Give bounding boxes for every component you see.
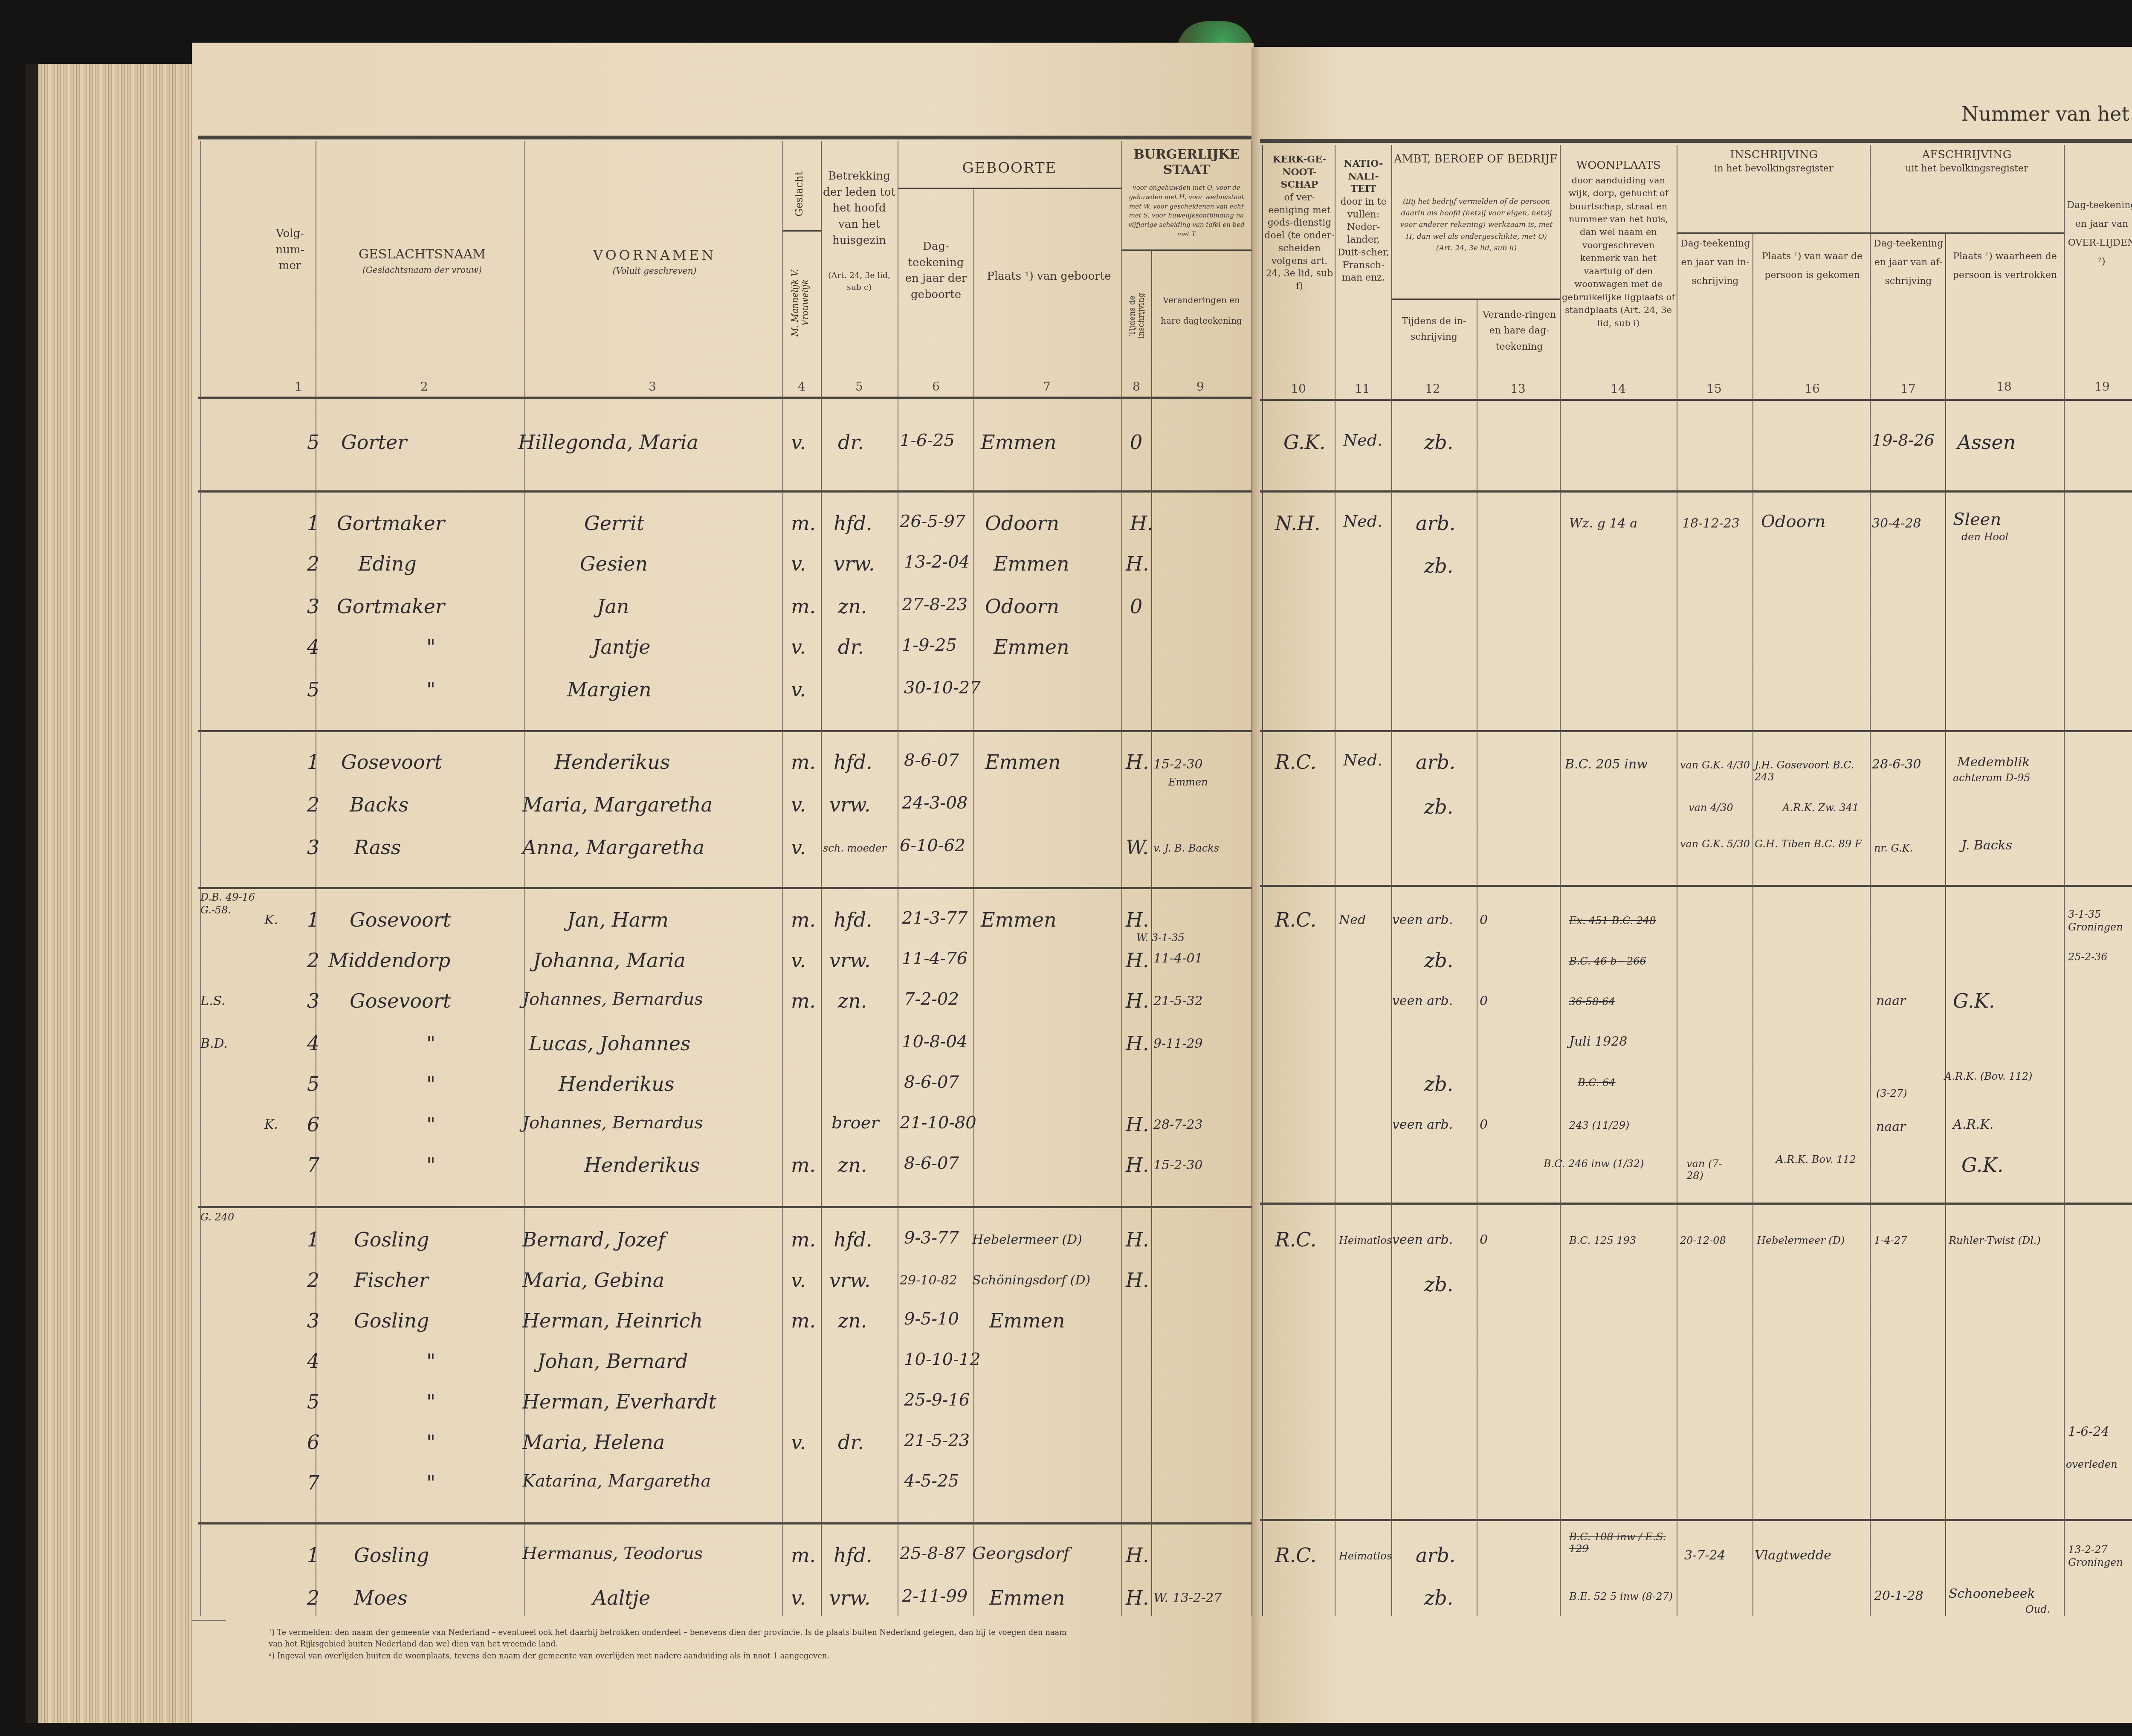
col-line (1251, 141, 1252, 1616)
entry-relation: broer (831, 1113, 879, 1133)
entry-deregistration-date: 20-1-28 (1874, 1588, 1923, 1603)
entry-birth-date: 7-2-02 (904, 989, 959, 1009)
entry-relation: hfd. (834, 751, 872, 774)
col2-title: GESLACHTSNAAM (320, 245, 524, 264)
col1-line3: mer (264, 258, 316, 274)
entry-occupation: arb. (1416, 751, 1455, 774)
entry-given-names: Anna, Margaretha (522, 836, 704, 859)
entry-sex: v. (791, 1431, 806, 1454)
entry-given-names: Maria, Gebina (522, 1269, 664, 1292)
entry-birth-date: 26-5-97 (900, 512, 965, 531)
col2-header: GESLACHTSNAAM (Geslachtsnaam der vrouw) (320, 245, 524, 276)
entry-address: B.C. 205 inw (1565, 757, 1648, 772)
header-bottom-rule-right (1260, 399, 2132, 401)
entry-given-names: Johanna, Maria (533, 949, 686, 972)
entry-surname: Gosling (354, 1309, 429, 1332)
entry-sex: m. (791, 1153, 816, 1177)
afschrijving-title-wrap: AFSCHRIJVING uit het bevolkingsregister (1870, 147, 2064, 176)
entry-number: 4 (307, 1350, 319, 1373)
colnum-14: 14 (1610, 382, 1627, 396)
entry-deregistration-date: 30-4-28 (1872, 516, 1921, 531)
entry-number: 3 (307, 1309, 319, 1332)
colnum-18: 18 (1996, 380, 2013, 394)
entry-margin-mark: L.S. (200, 994, 225, 1009)
entry-deregistration-place: Medemblik (1957, 755, 2030, 770)
entry-sex: v. (791, 431, 806, 454)
entry-given-names: Herman, Everhardt (522, 1390, 716, 1413)
colnum-3: 3 (644, 380, 661, 394)
entry-surname: " (426, 1032, 435, 1055)
col3-header: VOORNAMEN (Voluit geschreven) (529, 245, 780, 277)
col-line (200, 141, 201, 1616)
entry-given-names: Margien (567, 678, 652, 701)
entry-relation: zn. (838, 1153, 867, 1177)
entry-deregistration-place: J. Backs (1961, 838, 2012, 853)
entry-nationality: Heimatlos (1339, 1235, 1392, 1246)
entry-deregistration-place: A.R.K. (1953, 1117, 1993, 1132)
col11-title: NATIO-NALI-TEIT (1337, 158, 1390, 196)
entry-address: 36-58-64 (1569, 996, 1615, 1008)
ambt-instructions: (Bij het bedrijf vermelden of de persoon… (1396, 196, 1556, 254)
entry-birth-date: 1-6-25 (900, 431, 955, 450)
col5-title: Betrekking der leden tot het hoofd van h… (823, 168, 895, 249)
entry-deregistration-place: Schoonebeek (1949, 1586, 2035, 1601)
entry-birth-date: 8-6-07 (904, 1072, 959, 1092)
col12-title: Tijdens de in-schrijving (1393, 313, 1474, 345)
entry-occupation-change: 0 (1480, 994, 1488, 1009)
col1-line2: num- (264, 242, 316, 258)
col10-header: KERK-GE-NOOT-SCHAP of ver-eeniging met g… (1264, 154, 1335, 293)
colnum-9: 9 (1192, 380, 1209, 394)
entry-sex: m. (791, 1544, 816, 1567)
entry-relation: hfd. (834, 1544, 872, 1567)
footnote-1: ¹) Te vermelden: den naam der gemeente v… (269, 1627, 1079, 1650)
block-separator (198, 490, 1251, 493)
left-page (192, 43, 1254, 1723)
entry-address: Ex. 451 B.C. 248 (1569, 915, 1656, 927)
entry-death-date: 25-2-36 (2068, 951, 2108, 963)
entry-number: 1 (307, 751, 319, 774)
inschrijving-title: INSCHRIJVING (1678, 147, 1870, 162)
inschrijving-title-wrap: INSCHRIJVING in het bevolkingsregister (1678, 147, 1870, 176)
entry-surname: Gosevoort (341, 751, 442, 774)
col3-subtitle: (Voluit geschreven) (529, 265, 780, 277)
entry-birth-date: 25-8-87 (900, 1544, 965, 1563)
col-line (1870, 145, 1871, 1616)
entry-death-place: Groningen (2068, 1556, 2123, 1568)
entry-birth-date: 2-11-99 (902, 1586, 968, 1606)
entry-relation: hfd. (834, 1228, 872, 1251)
colnum-16: 16 (1804, 382, 1821, 396)
entry-occupation: veen arb. (1392, 1117, 1453, 1132)
entry-number: 2 (307, 552, 319, 575)
entry-number: 1 (307, 908, 319, 931)
col4-title: Geslacht (793, 162, 810, 226)
entry-deregistration-place: Ruhler-Twist (Dl.) (1949, 1235, 2041, 1246)
entry-deregistration-place: G.K. (1953, 989, 1995, 1012)
entry-birth-date: 8-6-07 (904, 751, 959, 770)
col15-title: Dag-teekening en jaar van in-schrijving (1678, 235, 1753, 291)
entry-number: 4 (307, 1032, 319, 1055)
entry-birth-date: 21-10-80 (900, 1113, 976, 1133)
entry-civil-status-change: 21-5-32 (1153, 994, 1203, 1009)
entry-relation: zn. (838, 989, 867, 1012)
entry-birth-place: Emmen (994, 635, 1069, 658)
entry-church: R.C. (1275, 1544, 1316, 1567)
entry-birth-date: 13-2-04 (904, 552, 970, 572)
entry-birth-date: 29-10-82 (900, 1273, 957, 1288)
entry-number: 2 (307, 1269, 319, 1292)
entry-surname: Gosling (354, 1544, 429, 1567)
entry-number: 5 (307, 431, 319, 454)
entry-deregistration-place-detail: Oud. (2025, 1603, 2050, 1615)
entry-address: B.C. 64 (1578, 1077, 1616, 1089)
col-line (1121, 141, 1122, 1616)
entry-number: 6 (307, 1431, 319, 1454)
inschrijving-group: INSCHRIJVING in het bevolkingsregister A… (1678, 147, 2064, 176)
entry-civil-status-change: W. 13-2-27 (1153, 1591, 1222, 1606)
entry-relation: vrw. (829, 1586, 871, 1609)
geboorte-group-title: GEBOORTE (898, 158, 1121, 179)
entry-given-names: Gerrit (584, 512, 644, 535)
entry-deregistration-date: (3-27) (1876, 1087, 1907, 1099)
entry-civil-status: H. (1126, 1269, 1149, 1292)
entry-birth-date: 24-3-08 (902, 793, 968, 813)
entry-address: B.C. 125 193 (1569, 1235, 1636, 1246)
entry-surname: Gosevoort (350, 989, 451, 1012)
entry-surname: " (426, 1390, 435, 1413)
col-line (1262, 145, 1263, 1616)
entry-occupation: arb. (1416, 512, 1455, 535)
col8-title: Tijdens de inschrijving (1128, 273, 1149, 358)
entry-civil-status-change: 15-2-30 (1153, 1158, 1203, 1173)
entry-civil-status: H. (1126, 1153, 1149, 1177)
colnum-6: 6 (927, 380, 944, 394)
col7-title: Plaats ¹) van geboorte (976, 269, 1121, 285)
entry-relation: dr. (838, 431, 864, 454)
entry-civil-status: H. (1126, 989, 1149, 1012)
entry-death-place: Groningen (2068, 921, 2123, 933)
entry-surname: Backs (350, 793, 408, 816)
entry-surname: " (426, 1072, 435, 1096)
entry-number: 3 (307, 989, 319, 1012)
entry-number: 7 (307, 1471, 319, 1494)
col17-title: Dag-teekening en jaar van af-schrijving (1871, 235, 1946, 291)
entry-number: 3 (307, 595, 319, 618)
entry-civil-status-change: 28-7-23 (1153, 1117, 1203, 1132)
entry-surname: Fischer (354, 1269, 429, 1292)
entry-birth-place: Emmen (989, 1309, 1065, 1332)
col1-header: Volg- num- mer (264, 226, 316, 274)
entry-sex: m. (791, 751, 816, 774)
header-bottom-rule (198, 397, 1251, 399)
entry-sex: m. (791, 512, 816, 535)
col-line (821, 141, 822, 1616)
entry-given-names: Henderikus (584, 1153, 700, 1177)
block-separator (198, 1206, 1251, 1208)
col14-title: WOONPLAATS (1562, 158, 1675, 174)
entry-surname: " (426, 678, 435, 701)
entry-birth-place: Emmen (985, 751, 1061, 774)
entry-surname: Gortmaker (337, 512, 445, 535)
entry-birth-place: Odoorn (985, 512, 1059, 535)
entry-death-date: 1-6-24 (2068, 1424, 2109, 1439)
entry-birth-place: Emmen (981, 431, 1057, 454)
entry-margin-mark: K. (264, 1117, 278, 1132)
entry-number: 2 (307, 949, 319, 972)
block-separator (198, 887, 1251, 889)
entry-sex: m. (791, 595, 816, 618)
entry-given-names: Katarina, Margaretha (522, 1471, 711, 1491)
entry-church: R.C. (1275, 1228, 1316, 1251)
entry-number: 1 (307, 1544, 319, 1567)
entry-given-names: Jantje (593, 635, 650, 658)
entry-deregistration-place: Assen (1957, 431, 2016, 454)
entry-relation: sch. moeder (823, 842, 886, 854)
entry-registration-place: Hebelermeer (D) (1757, 1235, 1845, 1246)
entry-occupation: zb. (1424, 1273, 1453, 1296)
entry-surname: Rass (354, 836, 401, 859)
entry-given-names: Bernard, Jozef (522, 1228, 665, 1251)
footnote-2: ²) Ingeval van overlijden buiten de woon… (269, 1650, 1079, 1662)
entry-margin-mark: B.D. (200, 1036, 228, 1051)
footnote-rule (192, 1620, 226, 1621)
entry-nationality: Ned. (1343, 431, 1382, 449)
entry-civil-status: H. (1126, 908, 1149, 931)
entry-birth-place: Emmen (994, 552, 1069, 575)
col11-subtitle: door in te vullen: Neder-lander, Duit-sc… (1337, 196, 1390, 284)
entry-address: 243 (11/29) (1569, 1119, 1629, 1131)
entry-civil-status: H. (1126, 1113, 1149, 1136)
col11-header: NATIO-NALI-TEIT door in te vullen: Neder… (1337, 158, 1390, 284)
entry-address: B.C. 108 inw / E.S. 129 (1569, 1531, 1671, 1555)
entry-given-names: Henderikus (559, 1072, 674, 1096)
col-line (1677, 145, 1677, 1616)
block-separator (1260, 1203, 2132, 1205)
entry-nationality: Ned (1339, 913, 1366, 927)
colnum-7: 7 (1038, 380, 1055, 394)
entry-birth-date: 21-5-23 (904, 1431, 970, 1450)
entry-number: 2 (307, 793, 319, 816)
col-line (1753, 232, 1753, 1616)
entry-death-date: 13-2-27 (2068, 1544, 2108, 1556)
entry-occupation: zb. (1424, 949, 1453, 972)
entry-occupation: zb. (1424, 795, 1453, 818)
col19-title: Dag-teekening en jaar van OVER-LIJDEN ²) (2065, 196, 2132, 271)
entry-relation: hfd. (834, 512, 872, 535)
entry-birth-place: Odoorn (985, 595, 1059, 618)
entry-birth-place: Emmen (981, 908, 1057, 931)
entry-sex: v. (791, 635, 806, 658)
margin-note: D.B. 49-16 (200, 891, 255, 903)
entry-registration-place: A.R.K. Zw. 341 (1782, 802, 1868, 814)
entry-given-names: Hermanus, Teodorus (522, 1544, 703, 1563)
colnum-5: 5 (851, 380, 868, 394)
burgerlijke-staat-divider (1121, 249, 1251, 251)
entry-civil-status: 0 (1130, 431, 1142, 454)
col-line (1477, 299, 1477, 1616)
colnum-11: 11 (1354, 382, 1371, 396)
entry-surname: " (426, 1153, 435, 1177)
col14-subtitle: door aanduiding van wijk, dorp, gehucht … (1562, 174, 1675, 330)
entry-sex: v. (791, 552, 806, 575)
entry-birth-date: 6-10-62 (900, 836, 965, 855)
entry-address: Wz. g 14 a (1569, 516, 1637, 531)
colnum-10: 10 (1290, 382, 1307, 396)
entry-given-names: Maria, Helena (522, 1431, 665, 1454)
colnum-8: 8 (1128, 380, 1145, 394)
entry-occupation: veen arb. (1392, 913, 1453, 927)
entry-birth-date: 30-10-27 (904, 678, 981, 698)
col-line (2064, 145, 2065, 1616)
ambt-group-title: AMBT, BEROEP OF BEDRIJF (1393, 151, 1558, 168)
entry-given-names: Johannes, Bernardus (522, 989, 703, 1009)
entry-occupation: zb. (1424, 1072, 1453, 1096)
entry-death-date: 3-1-35 (2068, 908, 2101, 920)
margin-note: G.-58. (200, 904, 231, 916)
entry-deregistration-place: Sleen (1953, 510, 2001, 529)
entry-sex: v. (791, 1586, 806, 1609)
entry-sex: m. (791, 1228, 816, 1251)
col16-title: Plaats ¹) van waar de persoon is gekomen (1755, 247, 1870, 285)
entry-registration-place: Odoorn (1761, 512, 1825, 531)
entry-church: G.K. (1283, 431, 1326, 454)
block-separator (1260, 490, 2132, 493)
entry-relation: hfd. (834, 908, 872, 931)
entry-church: N.H. (1275, 512, 1321, 535)
entry-surname: Middendorp (328, 949, 450, 972)
entry-registration-date: van G.K. 4/30 (1680, 759, 1753, 771)
burgerlijke-staat-title: BURGERLIJKE STAAT (1124, 147, 1249, 178)
colnum-4: 4 (793, 380, 810, 394)
afschrijving-title: AFSCHRIJVING (1870, 147, 2064, 162)
entry-nationality: Heimatlos (1339, 1550, 1392, 1562)
entry-given-names: Herman, Heinrich (522, 1309, 703, 1332)
entry-deregistration-place-detail: den Hool (1961, 531, 2008, 543)
entry-church: R.C. (1275, 751, 1316, 774)
entry-deregistration-date: 28-6-30 (1872, 757, 1921, 772)
entry-number: 6 (307, 1113, 319, 1136)
table-top-rule-right (1260, 139, 2132, 143)
entry-occupation: zb. (1424, 1586, 1453, 1609)
entry-nationality: Ned. (1343, 512, 1382, 530)
page-edges-left (26, 64, 196, 1723)
entry-civil-status-change: v. J. B. Backs (1153, 842, 1219, 854)
entry-given-names: Johan, Bernard (537, 1350, 688, 1373)
entry-civil-status: H. (1126, 949, 1149, 972)
col-line (1945, 232, 1946, 1616)
col5-header: Betrekking der leden tot het hoofd van h… (823, 168, 895, 294)
col9-title: Veranderingen en hare dagteekening (1153, 290, 1249, 331)
geboorte-divider (898, 188, 1121, 189)
entry-civil-status-change: 11-4-01 (1153, 951, 1203, 966)
entry-occupation-change: 0 (1480, 1117, 1488, 1132)
col-line (973, 188, 974, 1616)
entry-civil-status-change-place: Emmen (1168, 776, 1208, 788)
ambt-divider (1391, 299, 1560, 300)
entry-birth-date: 10-10-12 (904, 1350, 981, 1369)
block-separator (1260, 885, 2132, 887)
entry-number: 5 (307, 1390, 319, 1413)
entry-birth-place: Schöningsdorf (D) (972, 1273, 1090, 1288)
entry-civil-status: H. (1130, 512, 1153, 535)
entry-civil-status: W. (1126, 836, 1149, 859)
entry-deregistration-date: naar (1876, 1119, 1906, 1134)
entry-civil-status-change: 9-11-29 (1153, 1036, 1203, 1051)
entry-given-names: Johannes, Bernardus (522, 1113, 703, 1133)
colnum-1: 1 (290, 380, 307, 394)
burgerlijke-staat-instructions: voor ongehuwden met O, voor de gehuwden … (1124, 183, 1249, 239)
entry-birth-date: 9-5-10 (904, 1309, 959, 1329)
entry-address: B.E. 52 5 inw (8-27) (1569, 1591, 1673, 1603)
col5-subtitle: (Art. 24, 3e lid, sub c) (823, 270, 895, 293)
entry-sex: m. (791, 908, 816, 931)
entry-address: B.C. 246 inw (1/32) (1544, 1158, 1644, 1170)
entry-given-names: Maria, Margaretha (522, 793, 713, 816)
entry-birth-place: Georgsdorf (972, 1544, 1070, 1563)
col18-title: Plaats ¹) waarheen de persoon is vertrok… (1947, 247, 2063, 285)
entry-relation: dr. (838, 1431, 864, 1454)
entry-number: 1 (307, 1228, 319, 1251)
entry-relation: dr. (838, 635, 864, 658)
col-line (1335, 145, 1335, 1616)
entry-surname: Gosling (354, 1228, 429, 1251)
entry-birth-place: Hebelermeer (D) (972, 1232, 1082, 1247)
col13-title: Verande-ringen en hare dag-teekening (1479, 307, 1560, 355)
afschrijving-subtitle: uit het bevolkingsregister (1870, 162, 2064, 176)
entry-church: R.C. (1275, 908, 1316, 931)
book-gutter (1251, 47, 1260, 1723)
entry-civil-status: H. (1126, 1544, 1149, 1567)
entry-surname: Moes (354, 1586, 408, 1609)
colnum-2: 2 (416, 380, 433, 394)
entry-civil-status: H. (1126, 552, 1149, 575)
entry-surname: Eding (358, 552, 417, 575)
entry-occupation: arb. (1416, 1544, 1455, 1567)
entry-nationality: Ned. (1343, 751, 1382, 769)
entry-sex: v. (791, 793, 806, 816)
col-line (1560, 145, 1561, 1616)
entry-relation: zn. (838, 595, 867, 618)
entry-death-note: overleden (2066, 1458, 2118, 1470)
entry-surname: Gortmaker (337, 595, 445, 618)
colnum-12: 12 (1424, 382, 1441, 396)
entry-civil-status-change: W. 3-1-35 (1136, 932, 1185, 944)
block-separator (198, 1522, 1251, 1524)
entry-given-names: Aaltje (593, 1586, 650, 1609)
entry-civil-status: H. (1126, 1228, 1149, 1251)
block-separator (198, 730, 1251, 732)
entry-registration-date: 20-12-08 (1680, 1235, 1726, 1246)
col-line (1391, 145, 1392, 1616)
entry-civil-status: H. (1126, 1586, 1149, 1609)
entry-surname: Gorter (341, 431, 407, 454)
sheet-number-label: Nummer van het blad (1961, 102, 2132, 125)
entry-civil-status: H. (1126, 1032, 1149, 1055)
entry-birth-date: 4-5-25 (904, 1471, 959, 1491)
entry-number: 4 (307, 635, 319, 658)
col14-header: WOONPLAATS door aanduiding van wijk, dor… (1562, 158, 1675, 330)
entry-occupation: zb. (1424, 431, 1453, 454)
entry-given-names: Lucas, Johannes (529, 1032, 690, 1055)
entry-civil-status: H. (1126, 751, 1149, 774)
entry-relation: vrw. (829, 949, 871, 972)
margin-note: G. 240 (200, 1211, 234, 1223)
entry-occupation: veen arb. (1392, 994, 1453, 1009)
col3-title: VOORNAMEN (529, 245, 780, 265)
entry-surname: " (426, 635, 435, 658)
inschrijving-subtitle: in het bevolkingsregister (1678, 162, 1870, 176)
